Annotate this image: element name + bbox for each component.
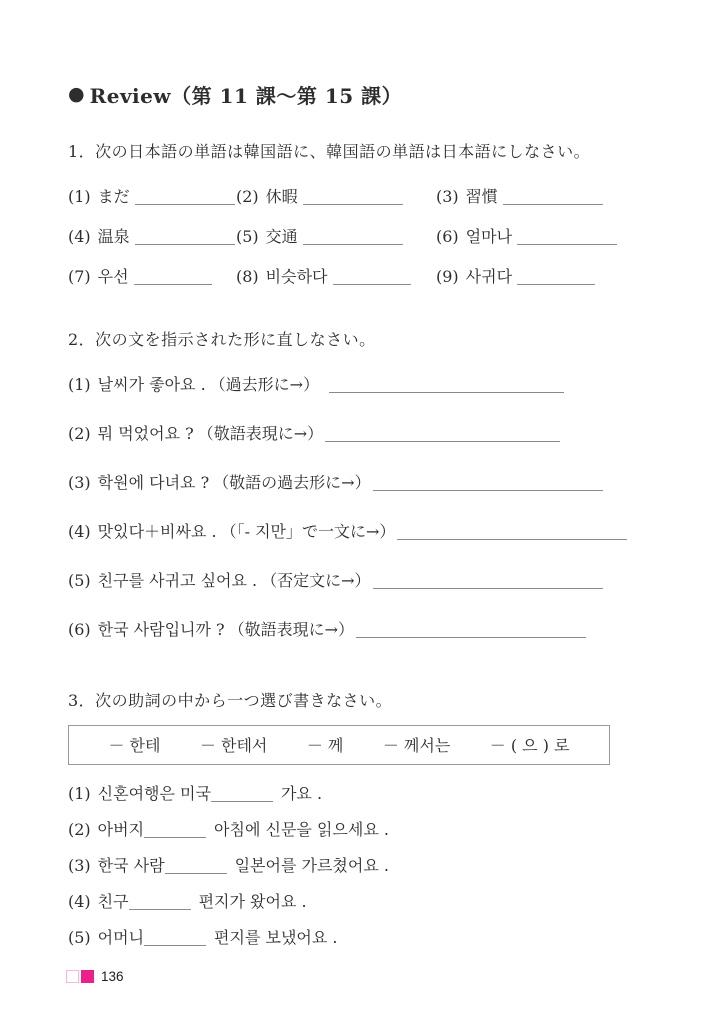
section-transform: 2．次の文を指示された形に直しなさい。 (1)날씨가 좋아요 .（過去形に→） … — [68, 327, 670, 640]
section-particles: 3．次の助詞の中から一つ選び書きなさい。 － 한테 － 한테서 － 께 － 께서… — [68, 688, 670, 948]
particle-item: (1)신혼여행은 미국가요 . — [68, 781, 670, 804]
page-number: 136 — [101, 969, 124, 984]
answer-blank — [373, 574, 603, 589]
instruction: （敬語の過去形に→） — [213, 473, 370, 492]
sentence-after: 편지를 보냈어요 . — [214, 928, 337, 947]
sentence: 학원에 다녀요 ? — [98, 473, 210, 492]
item-number: (5) — [68, 571, 91, 590]
answer-blank — [303, 190, 403, 205]
sentence-after: 아침에 신문을 읽으세요 . — [214, 820, 389, 839]
vocab-item: (2)休暇 — [236, 184, 436, 207]
vocab-word: 비슷하다 — [266, 267, 328, 286]
sentence-after: 편지가 왔어요 . — [199, 892, 307, 911]
particle-choice: － 께 — [307, 733, 344, 756]
sentence: 맛있다＋비싸요 . — [98, 522, 217, 541]
answer-blank — [503, 190, 603, 205]
vocab-row-2: (4)温泉 (5)交通 (6)얼마나 — [68, 224, 670, 247]
instruction: （敬語表現に→） — [229, 620, 354, 639]
transform-item: (4)맛있다＋비싸요 .（「- 지만」で一文に→） — [68, 519, 670, 542]
transform-item: (2)뭐 먹었어요 ?（敬語表現に→） — [68, 421, 670, 444]
instruction: （敬語表現に→） — [198, 424, 323, 443]
sentence-after: 일본어를 가르쳤어요 . — [235, 856, 389, 875]
answer-blank — [144, 823, 206, 838]
item-number: (4) — [68, 227, 91, 246]
item-number: (2) — [68, 820, 91, 839]
sentence: 뭐 먹었어요 ? — [98, 424, 194, 443]
item-number: (6) — [68, 620, 91, 639]
instruction: （否定文に→） — [261, 571, 370, 590]
section-vocabulary: 1．次の日本語の単語は韓国語に、韓国語の単語は日本語にしなさい。 (1)まだ (… — [68, 139, 670, 287]
answer-blank — [356, 623, 586, 638]
answer-blank — [373, 476, 603, 491]
particle-choices-box: － 한테 － 한테서 － 께 － 께서는 － ( 으 ) 로 — [68, 725, 610, 765]
item-number: (4) — [68, 892, 91, 911]
item-number: (3) — [68, 856, 91, 875]
item-number: (8) — [236, 267, 259, 286]
particle-item: (4)친구편지가 왔어요 . — [68, 889, 670, 912]
item-number: (9) — [436, 267, 459, 286]
answer-blank — [211, 787, 273, 802]
outline-square-icon — [66, 970, 79, 983]
vocab-item: (4)温泉 — [68, 224, 236, 247]
answer-blank — [129, 895, 191, 910]
particle-choice: － 한테 — [108, 733, 160, 756]
bullet-icon: ● — [68, 85, 85, 104]
review-title-row: ● Review（第 11 課～第 15 課） — [68, 80, 670, 109]
vocab-word: 温泉 — [98, 227, 130, 246]
vocab-word: まだ — [98, 187, 130, 206]
sentence-before: 신혼여행은 미국 — [98, 784, 211, 803]
answer-blank — [325, 427, 560, 442]
answer-blank — [329, 378, 564, 393]
answer-blank — [303, 230, 403, 245]
sentence-after: 가요 . — [281, 784, 322, 803]
item-number: (6) — [436, 227, 459, 246]
item-number: (1) — [68, 375, 91, 394]
answer-blank — [517, 270, 595, 285]
answer-blank — [397, 525, 627, 540]
item-number: (4) — [68, 522, 91, 541]
section-3-heading: 3．次の助詞の中から一つ選び書きなさい。 — [68, 688, 670, 711]
particle-item: (3)한국 사람일본어를 가르쳤어요 . — [68, 853, 670, 876]
sentence: 한국 사람입니까 ? — [98, 620, 225, 639]
item-number: (1) — [68, 784, 91, 803]
answer-blank — [135, 230, 235, 245]
transform-item: (3)학원에 다녀요 ?（敬語の過去形に→） — [68, 470, 670, 493]
instruction: （過去形に→） — [210, 375, 319, 394]
vocab-word: 사귀다 — [466, 267, 512, 286]
vocab-word: 交通 — [266, 227, 298, 246]
filled-square-icon — [81, 970, 94, 983]
vocab-item: (1)まだ — [68, 184, 236, 207]
item-number: (5) — [68, 928, 91, 947]
vocab-item: (7)우선 — [68, 264, 236, 287]
vocab-item: (9)사귀다 — [436, 264, 670, 287]
worksheet-page: ● Review（第 11 課～第 15 課） 1．次の日本語の単語は韓国語に、… — [0, 0, 725, 948]
answer-blank — [517, 230, 617, 245]
answer-blank — [134, 270, 212, 285]
vocab-word: 休暇 — [266, 187, 298, 206]
item-number: (3) — [436, 187, 459, 206]
page-title: Review（第 11 課～第 15 課） — [90, 80, 403, 109]
item-number: (5) — [236, 227, 259, 246]
answer-blank — [135, 190, 235, 205]
answer-blank — [165, 859, 227, 874]
transform-item: (5)친구를 사귀고 싶어요 .（否定文に→） — [68, 568, 670, 591]
particle-choice: － 한테서 — [200, 733, 267, 756]
item-number: (2) — [68, 424, 91, 443]
item-number: (2) — [236, 187, 259, 206]
sentence-before: 한국 사람 — [98, 856, 165, 875]
transform-item: (1)날씨가 좋아요 .（過去形に→） — [68, 372, 670, 395]
section-1-heading: 1．次の日本語の単語は韓国語に、韓国語の単語は日本語にしなさい。 — [68, 139, 670, 162]
particle-item: (2)아버지아침에 신문을 읽으세요 . — [68, 817, 670, 840]
vocab-item: (5)交通 — [236, 224, 436, 247]
item-number: (3) — [68, 473, 91, 492]
vocab-item: (6)얼마나 — [436, 224, 670, 247]
sentence-before: 어머니 — [98, 928, 144, 947]
sentence: 날씨가 좋아요 . — [98, 375, 206, 394]
sentence: 친구를 사귀고 싶어요 . — [98, 571, 257, 590]
particle-item: (5)어머니편지를 보냈어요 . — [68, 925, 670, 948]
item-number: (7) — [68, 267, 91, 286]
vocab-row-1: (1)まだ (2)休暇 (3)習慣 — [68, 184, 670, 207]
vocab-item: (8)비슷하다 — [236, 264, 436, 287]
answer-blank — [333, 270, 411, 285]
vocab-item: (3)習慣 — [436, 184, 670, 207]
vocab-word: 우선 — [98, 267, 129, 286]
sentence-before: 친구 — [98, 892, 129, 911]
vocab-word: 習慣 — [466, 187, 498, 206]
particle-choice: － 께서는 — [383, 733, 450, 756]
answer-blank — [144, 931, 206, 946]
section-2-heading: 2．次の文を指示された形に直しなさい。 — [68, 327, 670, 350]
transform-item: (6)한국 사람입니까 ?（敬語表現に→） — [68, 617, 670, 640]
vocab-row-3: (7)우선 (8)비슷하다 (9)사귀다 — [68, 264, 670, 287]
sentence-before: 아버지 — [98, 820, 144, 839]
vocab-word: 얼마나 — [466, 227, 512, 246]
particle-choice: － ( 으 ) 로 — [490, 733, 570, 756]
instruction: （「- 지만」で一文に→） — [221, 522, 396, 541]
item-number: (1) — [68, 187, 91, 206]
page-footer: 136 — [66, 969, 124, 984]
